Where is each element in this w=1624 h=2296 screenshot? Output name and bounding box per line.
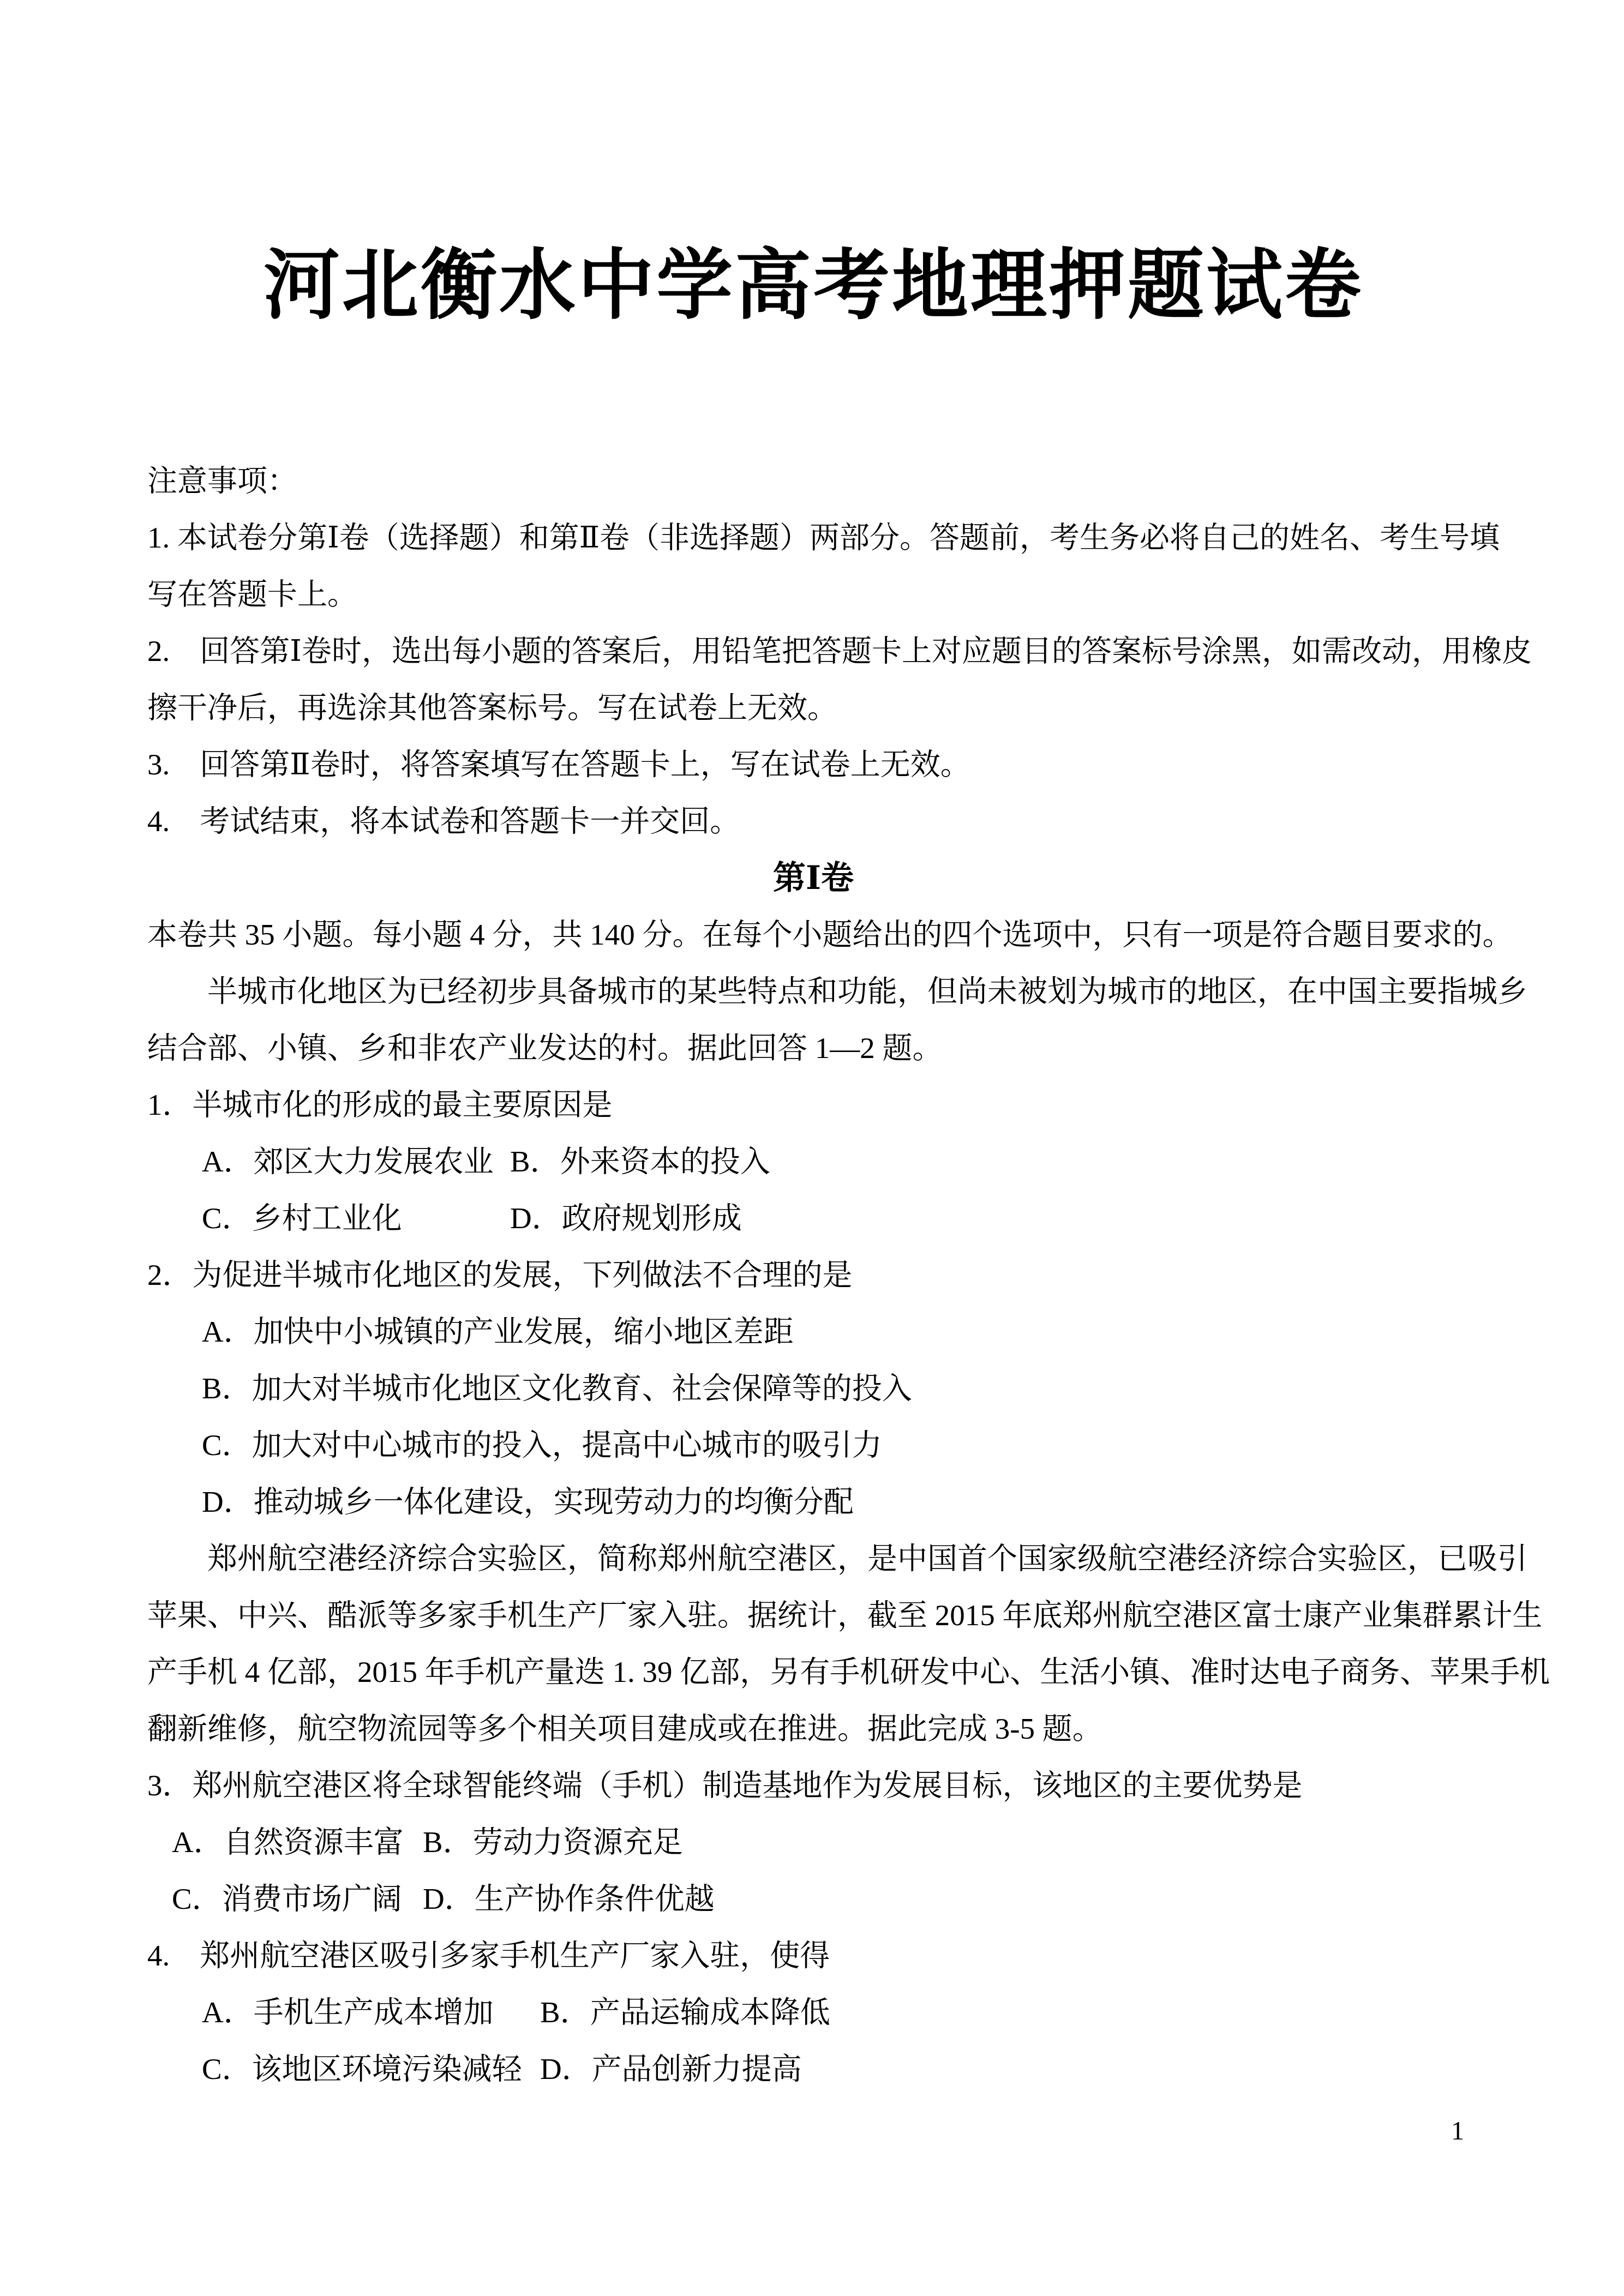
passage-line: 郑州航空港经济综合实验区，简称郑州航空港区，是中国首个国家级航空港经济综合实验区…	[147, 1530, 1479, 1587]
option: A．郊区大力发展农业	[202, 1133, 510, 1190]
option-row: C．消费市场广阔 D．生产协作条件优越	[147, 1871, 1479, 1927]
passage-line: 半城市化地区为已经初步具备城市的某些特点和功能，但尚未被划为城市的地区，在中国主…	[147, 963, 1479, 1020]
option: A．加快中小城镇的产业发展，缩小地区差距	[147, 1303, 1479, 1360]
option: A．自然资源丰富	[172, 1814, 423, 1871]
option: B．产品运输成本降低	[540, 1984, 830, 2041]
passage-line: 翻新维修，航空物流园等多个相关项目建成或在推进。据此完成 3-5 题。	[147, 1700, 1479, 1757]
question-stem: 1．半城市化的形成的最主要原因是	[147, 1077, 1479, 1133]
section-heading: 第Ⅰ卷	[147, 850, 1479, 906]
option: D．生产协作条件优越	[423, 1871, 715, 1927]
option-row: A．自然资源丰富 B．劳动力资源充足	[147, 1814, 1479, 1871]
page-content: 河北衡水中学高考地理押题试卷 注意事项： 1. 本试卷分第Ⅰ卷（选择题）和第Ⅱ卷…	[147, 0, 1479, 2097]
notice-line: 擦干净后，再选涂其他答案标号。写在试卷上无效。	[147, 680, 1479, 736]
passage-line: 结合部、小镇、乡和非农产业发达的村。据此回答 1—2 题。	[147, 1020, 1479, 1077]
option: D．政府规划形成	[510, 1190, 742, 1247]
exam-paper-page: 河北衡水中学高考地理押题试卷 注意事项： 1. 本试卷分第Ⅰ卷（选择题）和第Ⅱ卷…	[0, 0, 1624, 2296]
option-row: A．手机生产成本增加 B．产品运输成本降低	[147, 1984, 1479, 2041]
option: C．该地区环境污染减轻	[202, 2041, 540, 2097]
passage-line: 苹果、中兴、酷派等多家手机生产厂家入驻。据统计，截至 2015 年底郑州航空港区…	[147, 1587, 1479, 1644]
option: B．劳动力资源充足	[423, 1814, 683, 1871]
notice-line: 2. 回答第Ⅰ卷时，选出每小题的答案后，用铅笔把答题卡上对应题目的答案标号涂黑，…	[147, 623, 1479, 680]
page-title: 河北衡水中学高考地理押题试卷	[147, 235, 1479, 338]
option: B．外来资本的投入	[510, 1133, 770, 1190]
notice-line: 写在答题卡上。	[147, 566, 1479, 623]
passage-line: 产手机 4 亿部，2015 年手机产量迭 1. 39 亿部，另有手机研发中心、生…	[147, 1644, 1479, 1700]
question-stem: 4. 郑州航空港区吸引多家手机生产厂家入驻，使得	[147, 1927, 1479, 1984]
option-row: C．乡村工业化 D．政府规划形成	[147, 1190, 1479, 1247]
option: D．产品创新力提高	[540, 2041, 802, 2097]
option: C．消费市场广阔	[172, 1871, 423, 1927]
option-row: C．该地区环境污染减轻 D．产品创新力提高	[147, 2041, 1479, 2097]
section-intro: 本卷共 35 小题。每小题 4 分，共 140 分。在每个小题给出的四个选项中，…	[147, 906, 1479, 963]
option-row: A．郊区大力发展农业 B．外来资本的投入	[147, 1133, 1479, 1190]
question-stem: 3．郑州航空港区将全球智能终端（手机）制造基地作为发展目标，该地区的主要优势是	[147, 1757, 1479, 1814]
notice-heading: 注意事项：	[147, 453, 1479, 509]
option: C．乡村工业化	[202, 1190, 510, 1247]
option: A．手机生产成本增加	[202, 1984, 540, 2041]
notice-line: 3. 回答第Ⅱ卷时，将答案填写在答题卡上，写在试卷上无效。	[147, 736, 1479, 793]
notice-line: 1. 本试卷分第Ⅰ卷（选择题）和第Ⅱ卷（非选择题）两部分。答题前，考生务必将自己…	[147, 509, 1479, 566]
question-stem: 2．为促进半城市化地区的发展，下列做法不合理的是	[147, 1247, 1479, 1303]
page-number: 1	[1451, 2115, 1464, 2148]
notice-line: 4. 考试结束，将本试卷和答题卡一并交回。	[147, 793, 1479, 850]
option: C．加大对中心城市的投入，提高中心城市的吸引力	[147, 1417, 1479, 1474]
option: B．加大对半城市化地区文化教育、社会保障等的投入	[147, 1360, 1479, 1417]
option: D．推动城乡一体化建设，实现劳动力的均衡分配	[147, 1474, 1479, 1530]
